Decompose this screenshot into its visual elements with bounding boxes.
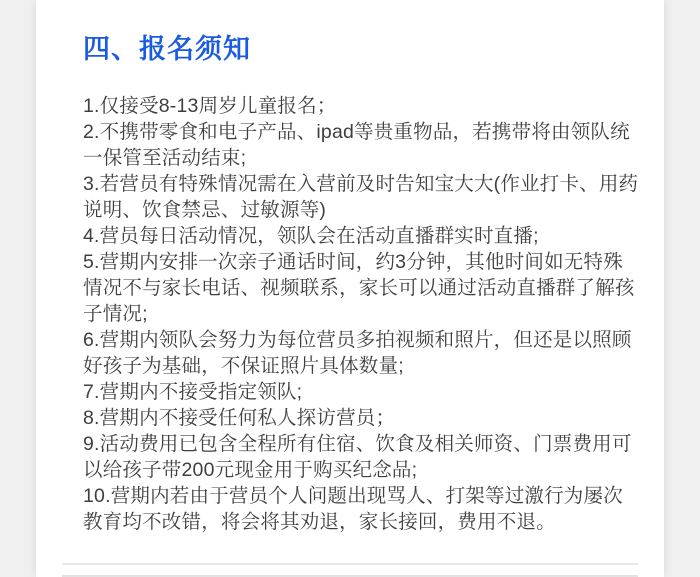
article-card: 四、报名须知 1.仅接受8-13周岁儿童报名； 2.不携带零食和电子产品、ipa… bbox=[36, 0, 664, 577]
notice-item: 8.营期内不接受任何私人探访营员； bbox=[83, 405, 640, 431]
section-title: 四、报名须知 bbox=[83, 32, 638, 66]
notice-item: 1.仅接受8-13周岁儿童报名； bbox=[83, 93, 640, 119]
notice-item: 10.营期内若由于营员个人问题出现骂人、打架等过激行为屡次教育均不改错，将会将其… bbox=[83, 483, 640, 535]
notice-item: 2.不携带零食和电子产品、ipad等贵重物品，若携带将由领队统一保管至活动结束; bbox=[83, 119, 640, 171]
notice-item: 6.营期内领队会努力为每位营员多拍视频和照片，但还是以照顾好孩子为基础，不保证照… bbox=[83, 327, 640, 379]
section-divider bbox=[62, 563, 638, 565]
notice-item: 7.营期内不接受指定领队; bbox=[83, 379, 640, 405]
notice-item: 5.营期内安排一次亲子通话时间，约3分钟，其他时间如无特殊情况不与家长电话、视频… bbox=[83, 249, 640, 327]
notice-item: 4.营员每日活动情况，领队会在活动直播群实时直播; bbox=[83, 223, 640, 249]
notice-item: 3.若营员有特殊情况需在入营前及时告知宝大大(作业打卡、用药说明、饮食禁忌、过敏… bbox=[83, 171, 640, 223]
notice-item: 9.活动费用已包含全程所有住宿、饮食及相关师资、门票费用可以给孩子带200元现金… bbox=[83, 431, 640, 483]
page: 四、报名须知 1.仅接受8-13周岁儿童报名； 2.不携带零食和电子产品、ipa… bbox=[0, 0, 700, 577]
notice-list: 1.仅接受8-13周岁儿童报名； 2.不携带零食和电子产品、ipad等贵重物品，… bbox=[83, 93, 640, 535]
